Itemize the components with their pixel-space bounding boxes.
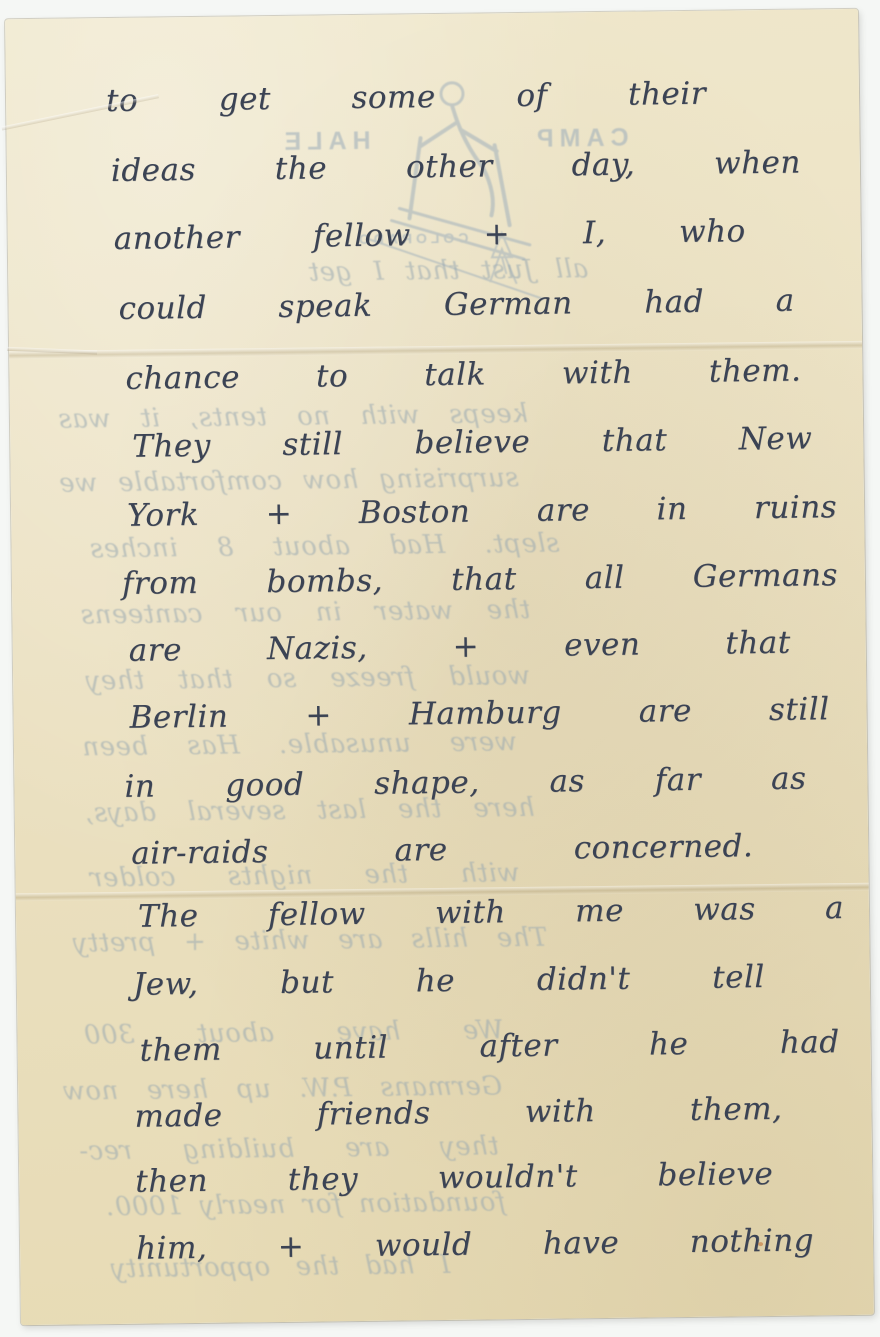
letter-line: them until after he had: [139, 1021, 839, 1072]
letter-line: air-raids are concerned.: [131, 825, 753, 875]
letter-line: York + Boston are in ruins: [127, 486, 837, 537]
letter-line: ideas the other day, when: [111, 142, 801, 192]
letter-line: Jew, but he didn't tell: [133, 956, 765, 1006]
letter-line: him, + would have nothing: [136, 1219, 814, 1269]
letter-line: another fellow + I, who: [113, 210, 745, 260]
letter-line: then they wouldn't believe: [135, 1153, 773, 1203]
letter-line: chance to talk with them.: [125, 350, 801, 400]
letter-line: They still believe that New: [132, 417, 812, 467]
letter-page: CAMP HALE: [5, 9, 874, 1325]
letter-line: from bombs, that all Germans: [122, 554, 838, 605]
letter-text-layer: to get some of theirideas the other day,…: [5, 9, 874, 1325]
letter-line: Berlin + Hamburg are still: [129, 688, 829, 739]
letter-line: in good shape, as far as: [124, 758, 806, 808]
letter-line: are Nazis, + even that: [129, 622, 791, 672]
letter-line: could speak German had a: [118, 280, 794, 330]
paper-speck: [758, 1242, 763, 1246]
letter-line: to get some of their: [106, 73, 706, 122]
letter-line: made friends with them,: [134, 1088, 782, 1138]
scanner-background: CAMP HALE: [0, 0, 880, 1337]
